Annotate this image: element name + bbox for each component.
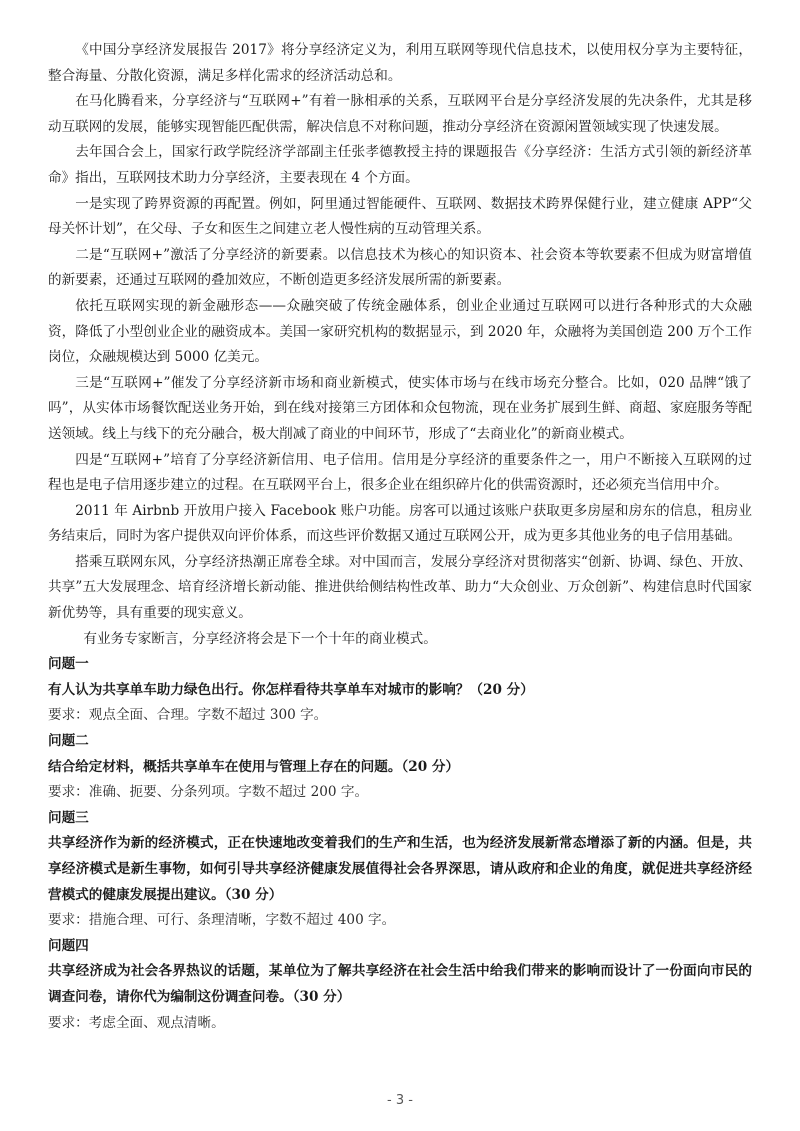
paragraph-crowdfunding: 依托互联网实现的新金融形态——众融突破了传统金融体系，创业企业通过互联网可以进行… [48, 294, 752, 371]
question-title: 问题四 [48, 934, 752, 960]
question-body: 有人认为共享单车助力绿色出行。你怎样看待共享单车对城市的影响？（20 分） [48, 678, 752, 704]
question-3: 问题三 共享经济作为新的经济模式，正在快速地改变着我们的生产和生活，也为经济发展… [48, 806, 752, 934]
question-body: 结合给定材料，概括共享单车在使用与管理上存在的问题。（20 分） [48, 755, 752, 781]
question-2: 问题二 结合给定材料，概括共享单车在使用与管理上存在的问题。（20 分） 要求：… [48, 729, 752, 806]
question-requirement: 要求：措施合理、可行、条理清晰，字数不超过 400 字。 [48, 908, 752, 934]
paragraph-point-two: 二是“互联网+”激活了分享经济的新要素。以信息技术为核心的知识资本、社会资本等软… [48, 243, 752, 294]
question-1: 问题一 有人认为共享单车助力绿色出行。你怎样看待共享单车对城市的影响？（20 分… [48, 652, 752, 729]
question-body: 共享经济作为新的经济模式，正在快速地改变着我们的生产和生活，也为经济发展新常态增… [48, 831, 752, 908]
question-4: 问题四 共享经济成为社会各界热议的话题，某单位为了解共享经济在社会生活中给我们带… [48, 934, 752, 1036]
paragraph-definition: 《中国分享经济发展报告 2017》将分享经济定义为，利用互联网等现代信息技术，以… [48, 38, 752, 89]
paragraph-global-trend: 搭乘互联网东风，分享经济热潮正席卷全球。对中国而言，发展分享经济对贯彻落实“创新… [48, 550, 752, 627]
paragraph-point-four: 四是“互联网+”培育了分享经济新信用、电子信用。信用是分享经济的重要条件之一，用… [48, 448, 752, 499]
paragraph-ma-huateng: 在马化腾看来，分享经济与“互联网+”有着一脉相承的关系，互联网平台是分享经济发展… [48, 89, 752, 140]
paragraph-expert-claim: 有业务专家断言，分享经济将会是下一个十年的商业模式。 [48, 627, 752, 653]
paragraph-point-three: 三是“互联网+”催发了分享经济新市场和商业新模式，使实体市场与在线市场充分整合。… [48, 371, 752, 448]
question-requirement: 要求：考虑全面、观点清晰。 [48, 1011, 752, 1037]
page-number: - 3 - [0, 1093, 800, 1108]
paragraph-airbnb: 2011 年 Airbnb 开放用户接入 Facebook 账户功能。房客可以通… [48, 499, 752, 550]
document-page: 《中国分享经济发展报告 2017》将分享经济定义为，利用互联网等现代信息技术，以… [48, 38, 752, 1036]
question-body: 共享经济成为社会各界热议的话题，某单位为了解共享经济在社会生活中给我们带来的影响… [48, 959, 752, 1010]
question-requirement: 要求：准确、扼要、分条列项。字数不超过 200 字。 [48, 780, 752, 806]
question-title: 问题一 [48, 652, 752, 678]
paragraph-report: 去年国合会上，国家行政学院经济学部副主任张孝德教授主持的课题报告《分享经济：生活… [48, 140, 752, 191]
paragraph-point-one: 一是实现了跨界资源的再配置。例如，阿里通过智能硬件、互联网、数据技术跨界保健行业… [48, 192, 752, 243]
question-title: 问题三 [48, 806, 752, 832]
question-requirement: 要求：观点全面、合理。字数不超过 300 字。 [48, 703, 752, 729]
question-title: 问题二 [48, 729, 752, 755]
